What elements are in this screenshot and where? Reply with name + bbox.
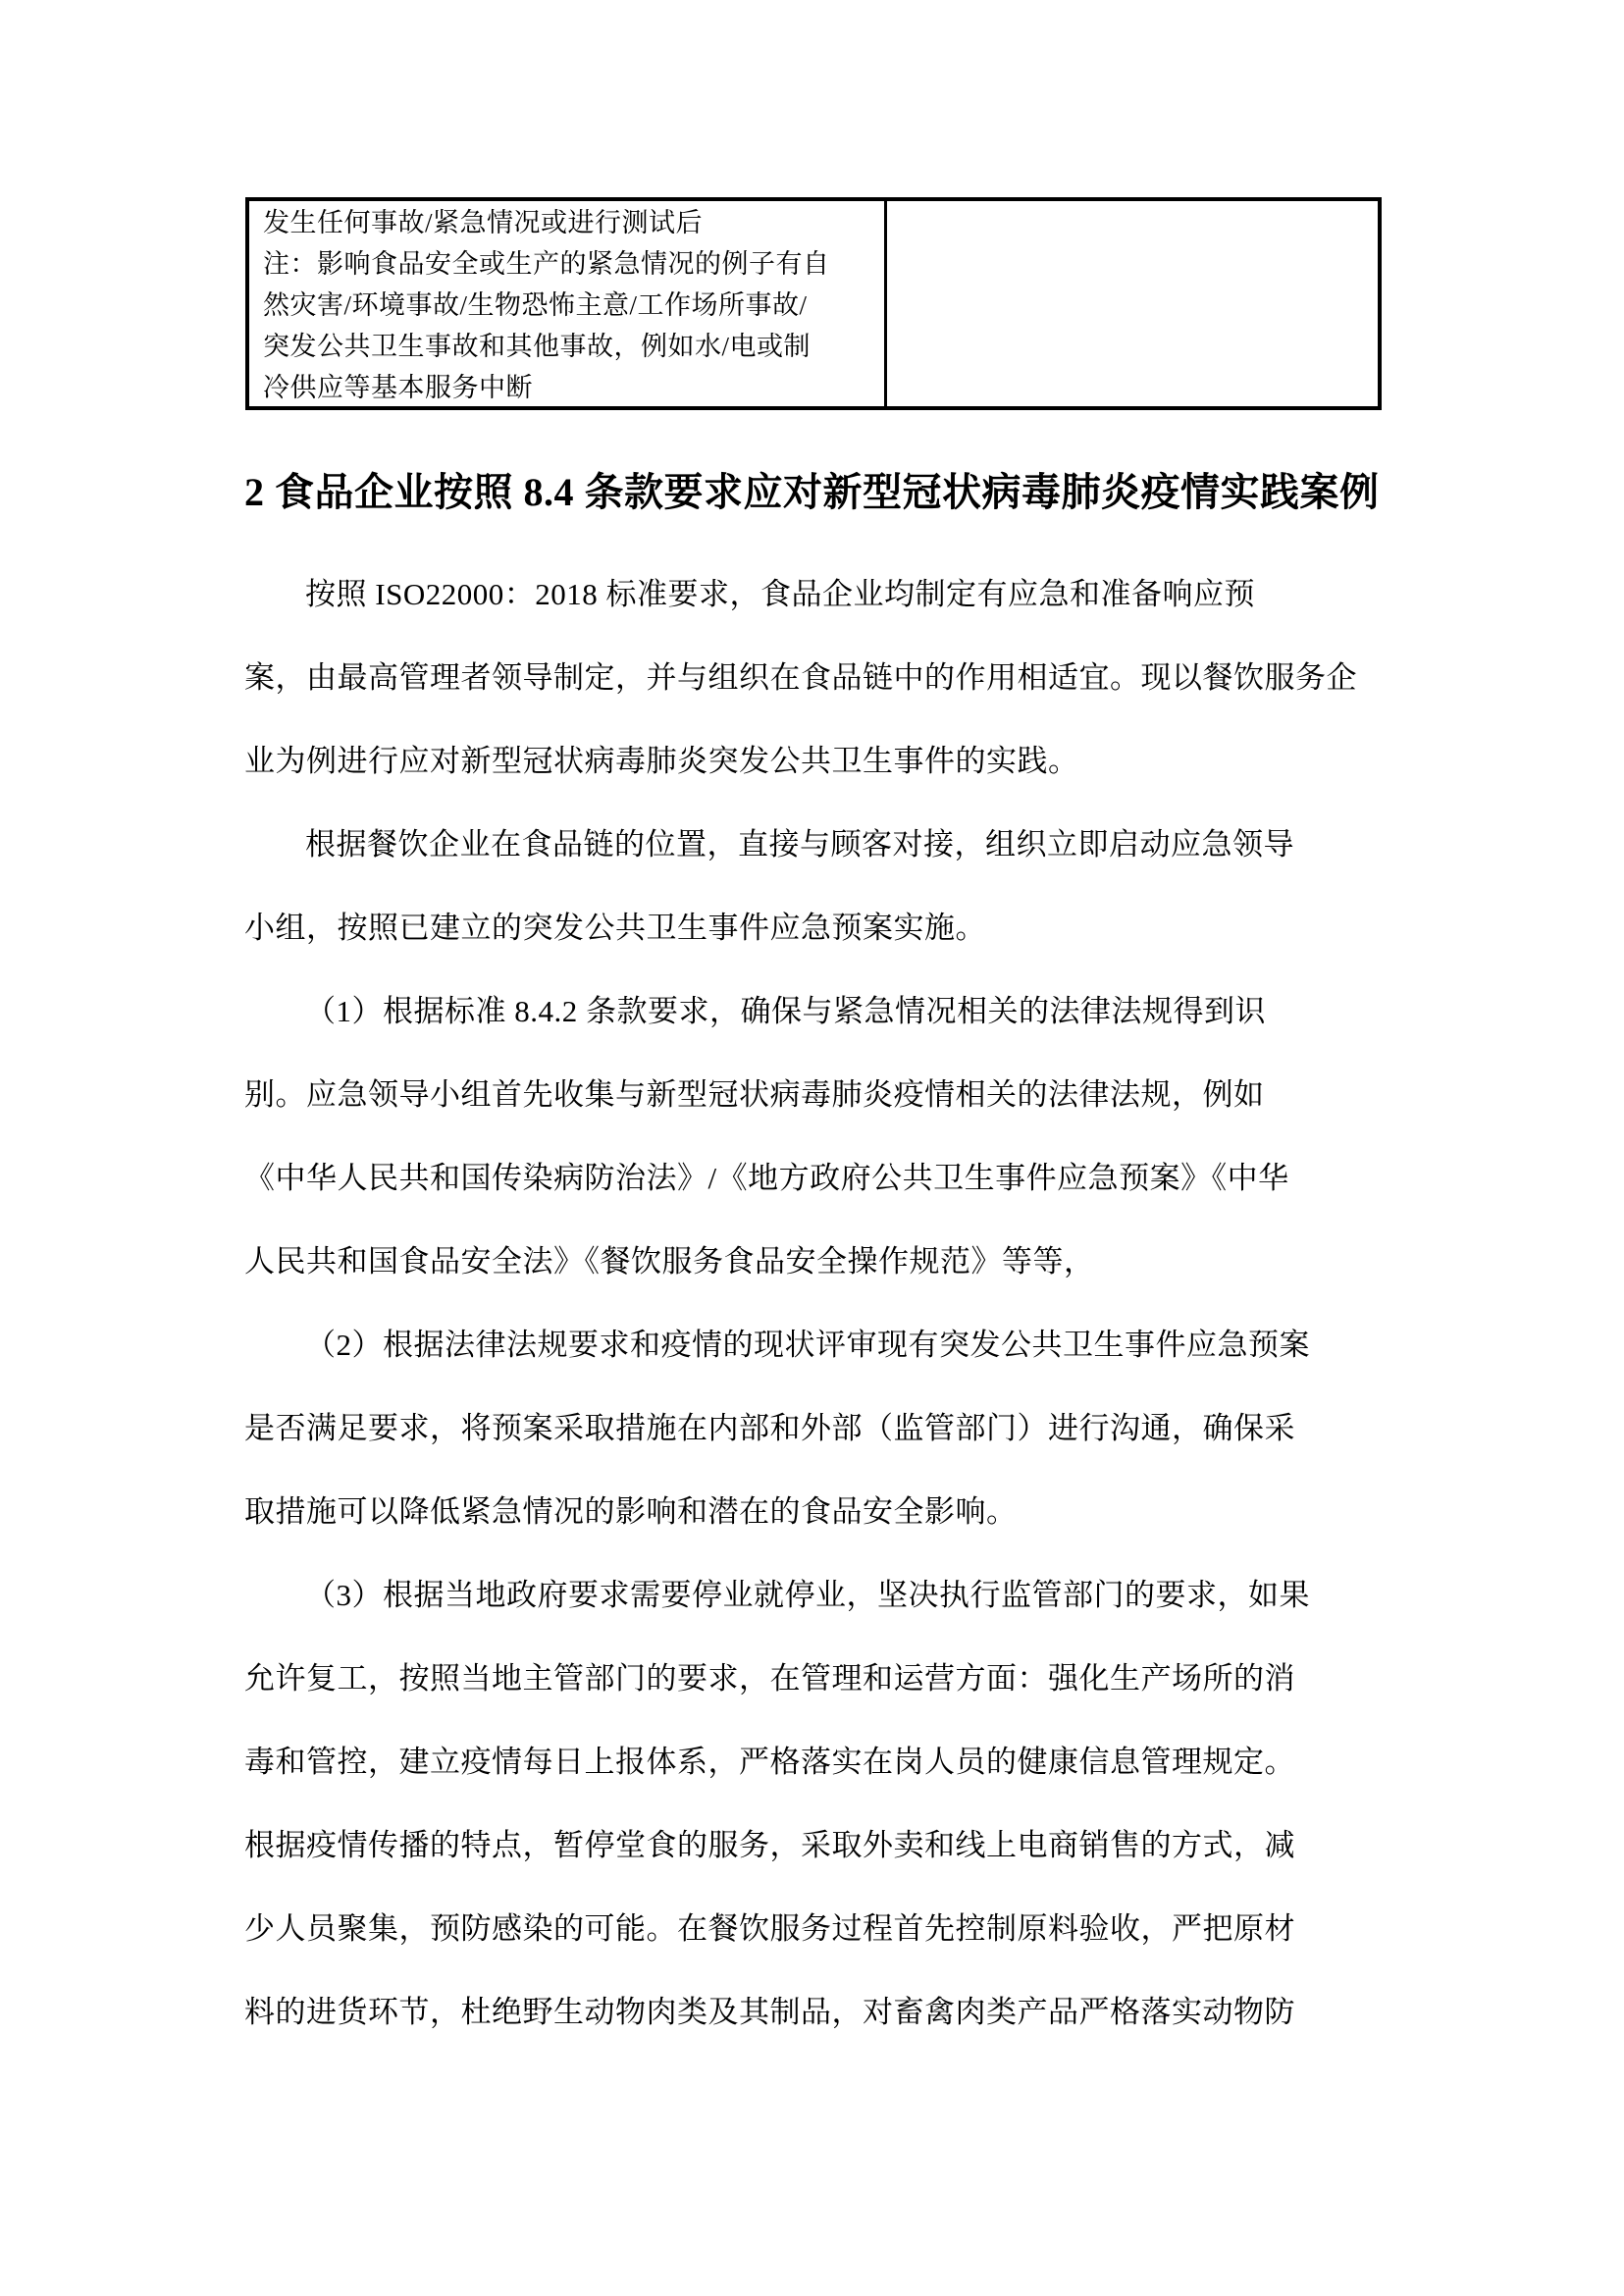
note-table-cell-empty xyxy=(887,201,1378,406)
body-content: 按照 ISO22000：2018 标准要求，食品企业均制定有应急和准备响应预案，… xyxy=(244,552,1432,2054)
paragraph-item-3: （3）根据当地政府要求需要停业就停业，坚决执行监管部门的要求，如果允许复工，按照… xyxy=(244,1553,1432,2054)
section-heading: 2 食品企业按照 8.4 条款要求应对新型冠状病毒肺炎疫情实践案例 xyxy=(244,468,1481,517)
paragraph-intro: 按照 ISO22000：2018 标准要求，食品企业均制定有应急和准备响应预案，… xyxy=(244,552,1432,803)
paragraph-item-1: （1）根据标准 8.4.2 条款要求，确保与紧急情况相关的法律法规得到识别。应急… xyxy=(244,969,1432,1303)
paragraph-launch-team: 根据餐饮企业在食品链的位置，直接与顾客对接，组织立即启动应急领导小组，按照已建立… xyxy=(244,803,1432,969)
note-table-cell-text: 发生任何事故/紧急情况或进行测试后注：影响食品安全或生产的紧急情况的例子有自然灾… xyxy=(249,201,887,406)
emergency-note-table: 发生任何事故/紧急情况或进行测试后注：影响食品安全或生产的紧急情况的例子有自然灾… xyxy=(245,197,1382,410)
paragraph-item-2: （2）根据法律法规要求和疫情的现状评审现有突发公共卫生事件应急预案是否满足要求，… xyxy=(244,1303,1432,1553)
document-page: 发生任何事故/紧急情况或进行测试后注：影响食品安全或生产的紧急情况的例子有自然灾… xyxy=(0,0,1624,2296)
